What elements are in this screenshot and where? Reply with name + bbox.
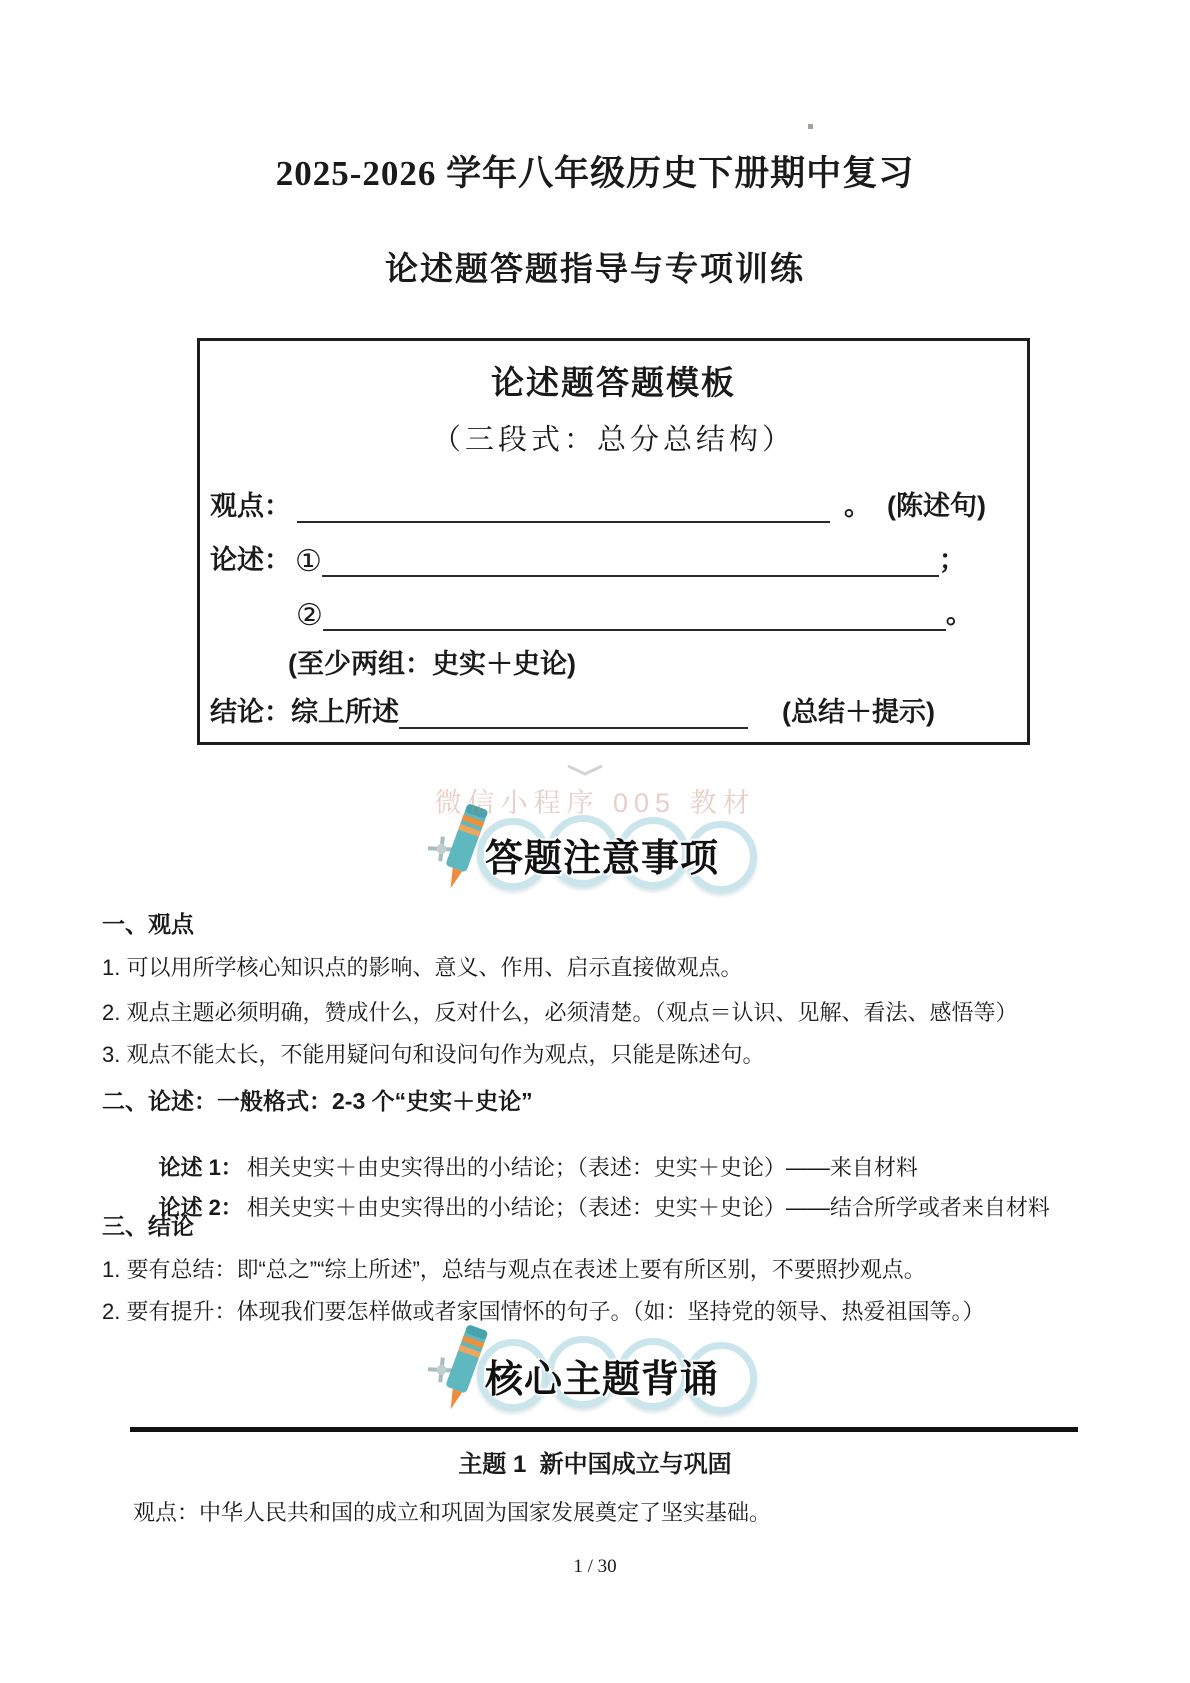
group-note: (至少两组：史实＋史论): [288, 642, 576, 681]
conclusion-lead: 综上所述: [291, 690, 399, 729]
document-page: 2025-2026 学年八年级历史下册期中复习 论述题答题指导与专项训练 论述题…: [0, 0, 1190, 1683]
document-subtitle: 论述题答题指导与专项训练: [0, 243, 1190, 290]
pencil-rocket-icon: [419, 1314, 501, 1418]
guideline-heading: 三、结论: [102, 1208, 194, 1241]
discussion-row-1: 论述： ① ；: [210, 538, 1019, 577]
document-title: 2025-2026 学年八年级历史下册期中复习: [0, 146, 1190, 196]
watermark: 微信小程序 005 教材: [0, 781, 1190, 820]
discussion-row-2: ② 。: [210, 592, 1019, 631]
guideline-item: 1. 要有总结：即“总之”“综上所述”，总结与观点在表述上要有所区别，不要照抄观…: [102, 1253, 926, 1284]
blank-line: [399, 697, 748, 729]
blank-line: [297, 491, 830, 523]
blank-line: [322, 545, 939, 577]
discussion-item-text: 相关史实＋由史实得出的小结论；（表述：史实＋史论）——结合所学或者来自材料: [247, 1195, 1050, 1220]
period-mark: 。: [946, 592, 973, 631]
guideline-heading: 二、论述：一般格式：2-3 个“史实＋史论”: [102, 1083, 533, 1116]
template-box-title: 论述题答题模板: [200, 357, 1027, 404]
guideline-item: 3. 观点不能太长，不能用疑问句和设问句作为观点，只能是陈述句。: [102, 1038, 764, 1069]
conclusion-label: 结论：: [210, 690, 291, 729]
answer-template-box: 论述题答题模板 （三段式：总分总结构） 观点： 。 (陈述句) 论述： ① ； …: [197, 338, 1030, 745]
template-box-subtitle: （三段式：总分总结构）: [200, 417, 1027, 458]
guideline-heading: 一、观点: [102, 906, 194, 939]
banner-title: 答题注意事项: [485, 827, 719, 882]
stray-mark: [808, 124, 813, 129]
guideline-item: 1. 可以用所学核心知识点的影响、意义、作用、启示直接做观点。: [102, 951, 742, 982]
period-mark: 。: [844, 484, 871, 523]
theme-title: 主题 1 新中国成立与巩固: [0, 1444, 1190, 1479]
guideline-item: 2. 观点主题必须明确，赞成什么，反对什么，必须清楚。（观点＝认识、见解、看法、…: [102, 996, 1017, 1027]
semicolon-mark: ；: [939, 538, 966, 577]
viewpoint-note: (陈述句): [887, 484, 986, 523]
discussion-label: 论述：: [210, 538, 291, 577]
viewpoint-label: 观点：: [210, 484, 291, 523]
banner-title: 核心主题背诵: [485, 1348, 719, 1403]
group-note-row: (至少两组：史实＋史论): [210, 642, 1019, 681]
theme-viewpoint: 观点：中华人民共和国的成立和巩固为国家发展奠定了坚实基础。: [133, 1496, 771, 1527]
conclusion-note: (总结＋提示): [782, 690, 935, 729]
section-divider-rule: [130, 1427, 1078, 1432]
conclusion-row: 结论： 综上所述 (总结＋提示): [210, 690, 1019, 729]
blank-line: [323, 599, 946, 631]
section-banner-recite: 核心主题背诵: [417, 1318, 773, 1430]
circled-two-marker: ②: [296, 601, 323, 631]
guideline-item: 论述 2：相关史实＋由史实得出的小结论；（表述：史实＋史论）——结合所学或者来自…: [134, 1165, 1050, 1248]
page-number: 1 / 30: [0, 1556, 1190, 1578]
circled-one-marker: ①: [295, 547, 322, 577]
chevron-decoration: [566, 764, 604, 776]
viewpoint-row: 观点： 。 (陈述句): [210, 484, 1019, 523]
